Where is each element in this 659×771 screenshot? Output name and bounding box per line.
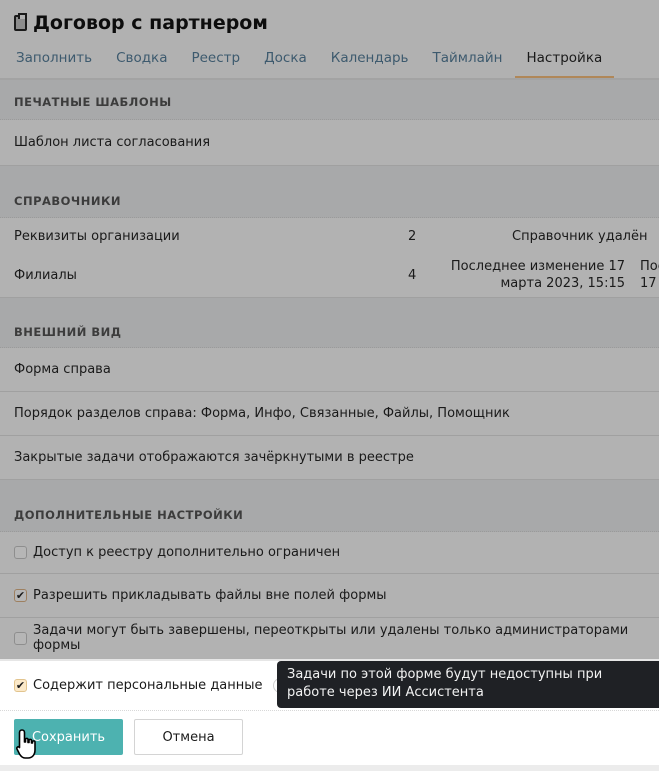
panel-bottom-edge	[0, 765, 659, 771]
catalog-status: Справочник удалён	[512, 228, 647, 245]
catalog-name: Реквизиты организации	[14, 229, 180, 244]
page-title-text: Договор с партнером	[33, 12, 268, 34]
cancel-button[interactable]: Отмена	[134, 719, 243, 755]
tooltip: Задачи по этой форме будут недоступны пр…	[277, 661, 659, 708]
tab-registry[interactable]: Реестр	[179, 46, 252, 78]
setting-label: Доступ к реестру дополнительно ограничен	[33, 545, 340, 560]
setting-label: Разрешить прикладывать файлы вне полей ф…	[33, 588, 387, 603]
catalog-count: 2	[408, 229, 416, 244]
tab-timeline[interactable]: Таймлайн	[421, 46, 515, 78]
catalog-status: Последнее изменение 17 марта 2023, 15:15	[451, 258, 625, 292]
section-additional: ДОПОЛНИТЕЛЬНЫЕ НАСТРОЙКИ	[0, 480, 659, 532]
appearance-item[interactable]: Порядок разделов справа: Форма, Инфо, Св…	[0, 392, 659, 436]
catalog-extra-status: Пос 17	[640, 258, 659, 292]
catalog-extra-line: Пос	[640, 258, 659, 275]
appearance-item[interactable]: Закрытые задачи отображаются зачёркнутым…	[0, 436, 659, 480]
tab-board[interactable]: Доска	[252, 46, 319, 78]
setting-admin-only[interactable]: Задачи могут быть завершены, переоткрыты…	[0, 618, 659, 658]
setting-label: Содержит персональные данные	[33, 678, 263, 693]
setting-restrict-registry[interactable]: Доступ к реестру дополнительно ограничен	[0, 532, 659, 574]
section-catalogs: СПРАВОЧНИКИ	[0, 166, 659, 218]
catalog-count: 4	[408, 268, 416, 283]
catalog-status-line: Последнее изменение 17	[451, 258, 625, 275]
catalog-row[interactable]: Филиалы 4 Последнее изменение 17 марта 2…	[0, 254, 659, 298]
checkbox-checked[interactable]: ✔	[14, 589, 27, 602]
catalog-extra-line: 17	[640, 275, 659, 292]
clipboard-icon	[14, 15, 27, 31]
section-print-templates: ПЕЧАТНЫЕ ШАБЛОНЫ	[0, 80, 659, 120]
header-divider	[0, 78, 659, 80]
hand-cursor-icon	[16, 728, 40, 762]
print-template-item[interactable]: Шаблон листа согласования	[0, 120, 659, 166]
tab-fill[interactable]: Заполнить	[4, 46, 104, 78]
catalog-status-line: марта 2023, 15:15	[451, 275, 625, 292]
catalog-name: Филиалы	[14, 268, 77, 283]
section-appearance: ВНЕШНИЙ ВИД	[0, 298, 659, 348]
appearance-item[interactable]: Форма справа	[0, 348, 659, 392]
checkbox-unchecked[interactable]	[14, 546, 27, 559]
checkbox-checked[interactable]: ✔	[14, 679, 27, 692]
page-title: Договор с партнером	[14, 12, 268, 34]
tab-bar: Заполнить Сводка Реестр Доска Календарь …	[0, 46, 614, 80]
page-header: Договор с партнером Заполнить Сводка Рее…	[0, 0, 659, 80]
setting-label: Задачи могут быть завершены, переоткрыты…	[33, 623, 645, 653]
tab-calendar[interactable]: Календарь	[319, 46, 421, 78]
tab-summary[interactable]: Сводка	[104, 46, 179, 78]
tab-settings[interactable]: Настройка	[515, 46, 615, 78]
checkbox-unchecked[interactable]	[14, 632, 27, 645]
catalog-row[interactable]: Реквизиты организации 2 Справочник удалё…	[0, 218, 659, 254]
setting-allow-files[interactable]: ✔ Разрешить прикладывать файлы вне полей…	[0, 574, 659, 618]
